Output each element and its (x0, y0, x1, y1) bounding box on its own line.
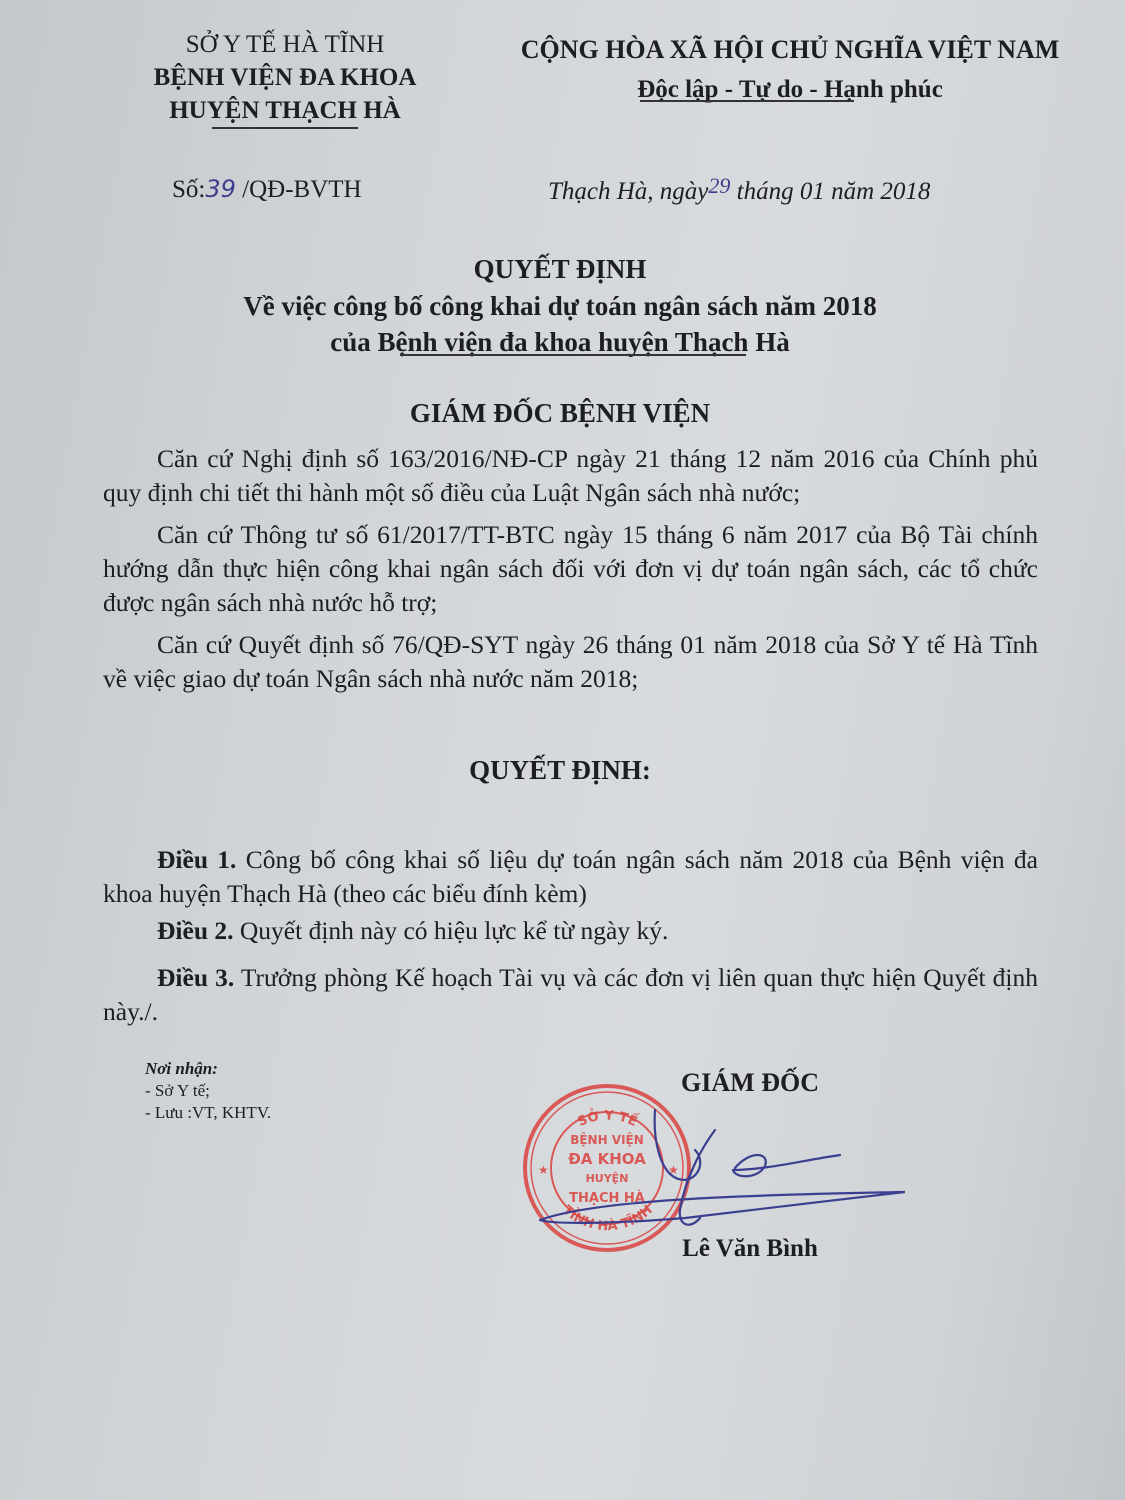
article-text: Trưởng phòng Kế hoạch Tài vụ và các đơn … (103, 963, 1038, 1026)
agency-name-line2: HUYỆN THẠCH HÀ (120, 94, 450, 127)
handwritten-signature-icon (535, 1100, 905, 1230)
handwritten-day: 29 (708, 173, 730, 198)
signer-name: Lê Văn Bình (600, 1235, 900, 1263)
divider (400, 354, 746, 356)
article: Điều 2. Quyết định này có hiệu lực kể từ… (103, 914, 1038, 948)
basis-paragraph: Căn cứ Quyết định số 76/QĐ-SYT ngày 26 t… (103, 628, 1038, 696)
document-title: QUYẾT ĐỊNH (240, 254, 880, 285)
national-motto-block: CỘNG HÒA XÃ HỘI CHỦ NGHĨA VIỆT NAM Độc l… (505, 30, 1075, 110)
document-number: Số:39 /QĐ-BVTH (172, 175, 362, 204)
basis-text: Căn cứ Nghị định số 163/2016/NĐ-CP ngày … (103, 444, 1038, 507)
national-motto: Độc lập - Tự do - Hạnh phúc (505, 70, 1075, 110)
place-date: Thạch Hà, ngày29 tháng 01 năm 2018 (548, 178, 930, 206)
document-number-suffix: /QĐ-BVTH (236, 176, 362, 203)
issuing-agency-block: SỞ Y TẾ HÀ TĨNH BỆNH VIỆN ĐA KHOA HUYỆN … (120, 28, 450, 127)
article-label: Điều 1. (157, 845, 236, 874)
date-suffix: tháng 01 năm 2018 (730, 178, 930, 205)
divider (212, 127, 358, 129)
basis-text: Căn cứ Thông tư số 61/2017/TT-BTC ngày 1… (103, 520, 1038, 617)
issuer-heading: GIÁM ĐỐC BỆNH VIỆN (240, 398, 880, 429)
decision-heading: QUYẾT ĐỊNH: (240, 755, 880, 786)
basis-text: Căn cứ Quyết định số 76/QĐ-SYT ngày 26 t… (103, 630, 1038, 693)
recipients-block: Nơi nhận: - Sở Y tế; - Lưu :VT, KHTV. (145, 1058, 271, 1124)
recipient-item: - Lưu :VT, KHTV. (145, 1102, 271, 1124)
document-subtitle: Về việc công bố công khai dự toán ngân s… (170, 288, 950, 360)
date-prefix: Thạch Hà, ngày (548, 178, 708, 205)
document-number-prefix: Số: (172, 176, 205, 203)
basis-paragraph: Căn cứ Thông tư số 61/2017/TT-BTC ngày 1… (103, 518, 1038, 620)
basis-paragraph: Căn cứ Nghị định số 163/2016/NĐ-CP ngày … (103, 442, 1038, 510)
article: Điều 1. Công bố công khai số liệu dự toá… (103, 843, 1038, 911)
recipients-heading: Nơi nhận: (145, 1058, 271, 1080)
recipient-item: - Sở Y tế; (145, 1080, 271, 1102)
agency-parent: SỞ Y TẾ HÀ TĨNH (120, 28, 450, 61)
article-text: Công bố công khai số liệu dự toán ngân s… (103, 845, 1038, 908)
article-text: Quyết định này có hiệu lực kể từ ngày ký… (234, 916, 669, 945)
handwritten-number: 39 (205, 175, 236, 203)
article-label: Điều 3. (157, 963, 234, 992)
country-name: CỘNG HÒA XÃ HỘI CHỦ NGHĨA VIỆT NAM (505, 30, 1075, 70)
divider (640, 100, 854, 102)
article-label: Điều 2. (157, 916, 234, 945)
subtitle-line1: Về việc công bố công khai dự toán ngân s… (170, 288, 950, 324)
document-page: SỞ Y TẾ HÀ TĨNH BỆNH VIỆN ĐA KHOA HUYỆN … (0, 0, 1125, 1500)
agency-name-line1: BỆNH VIỆN ĐA KHOA (120, 61, 450, 94)
article: Điều 3. Trưởng phòng Kế hoạch Tài vụ và … (103, 961, 1038, 1029)
